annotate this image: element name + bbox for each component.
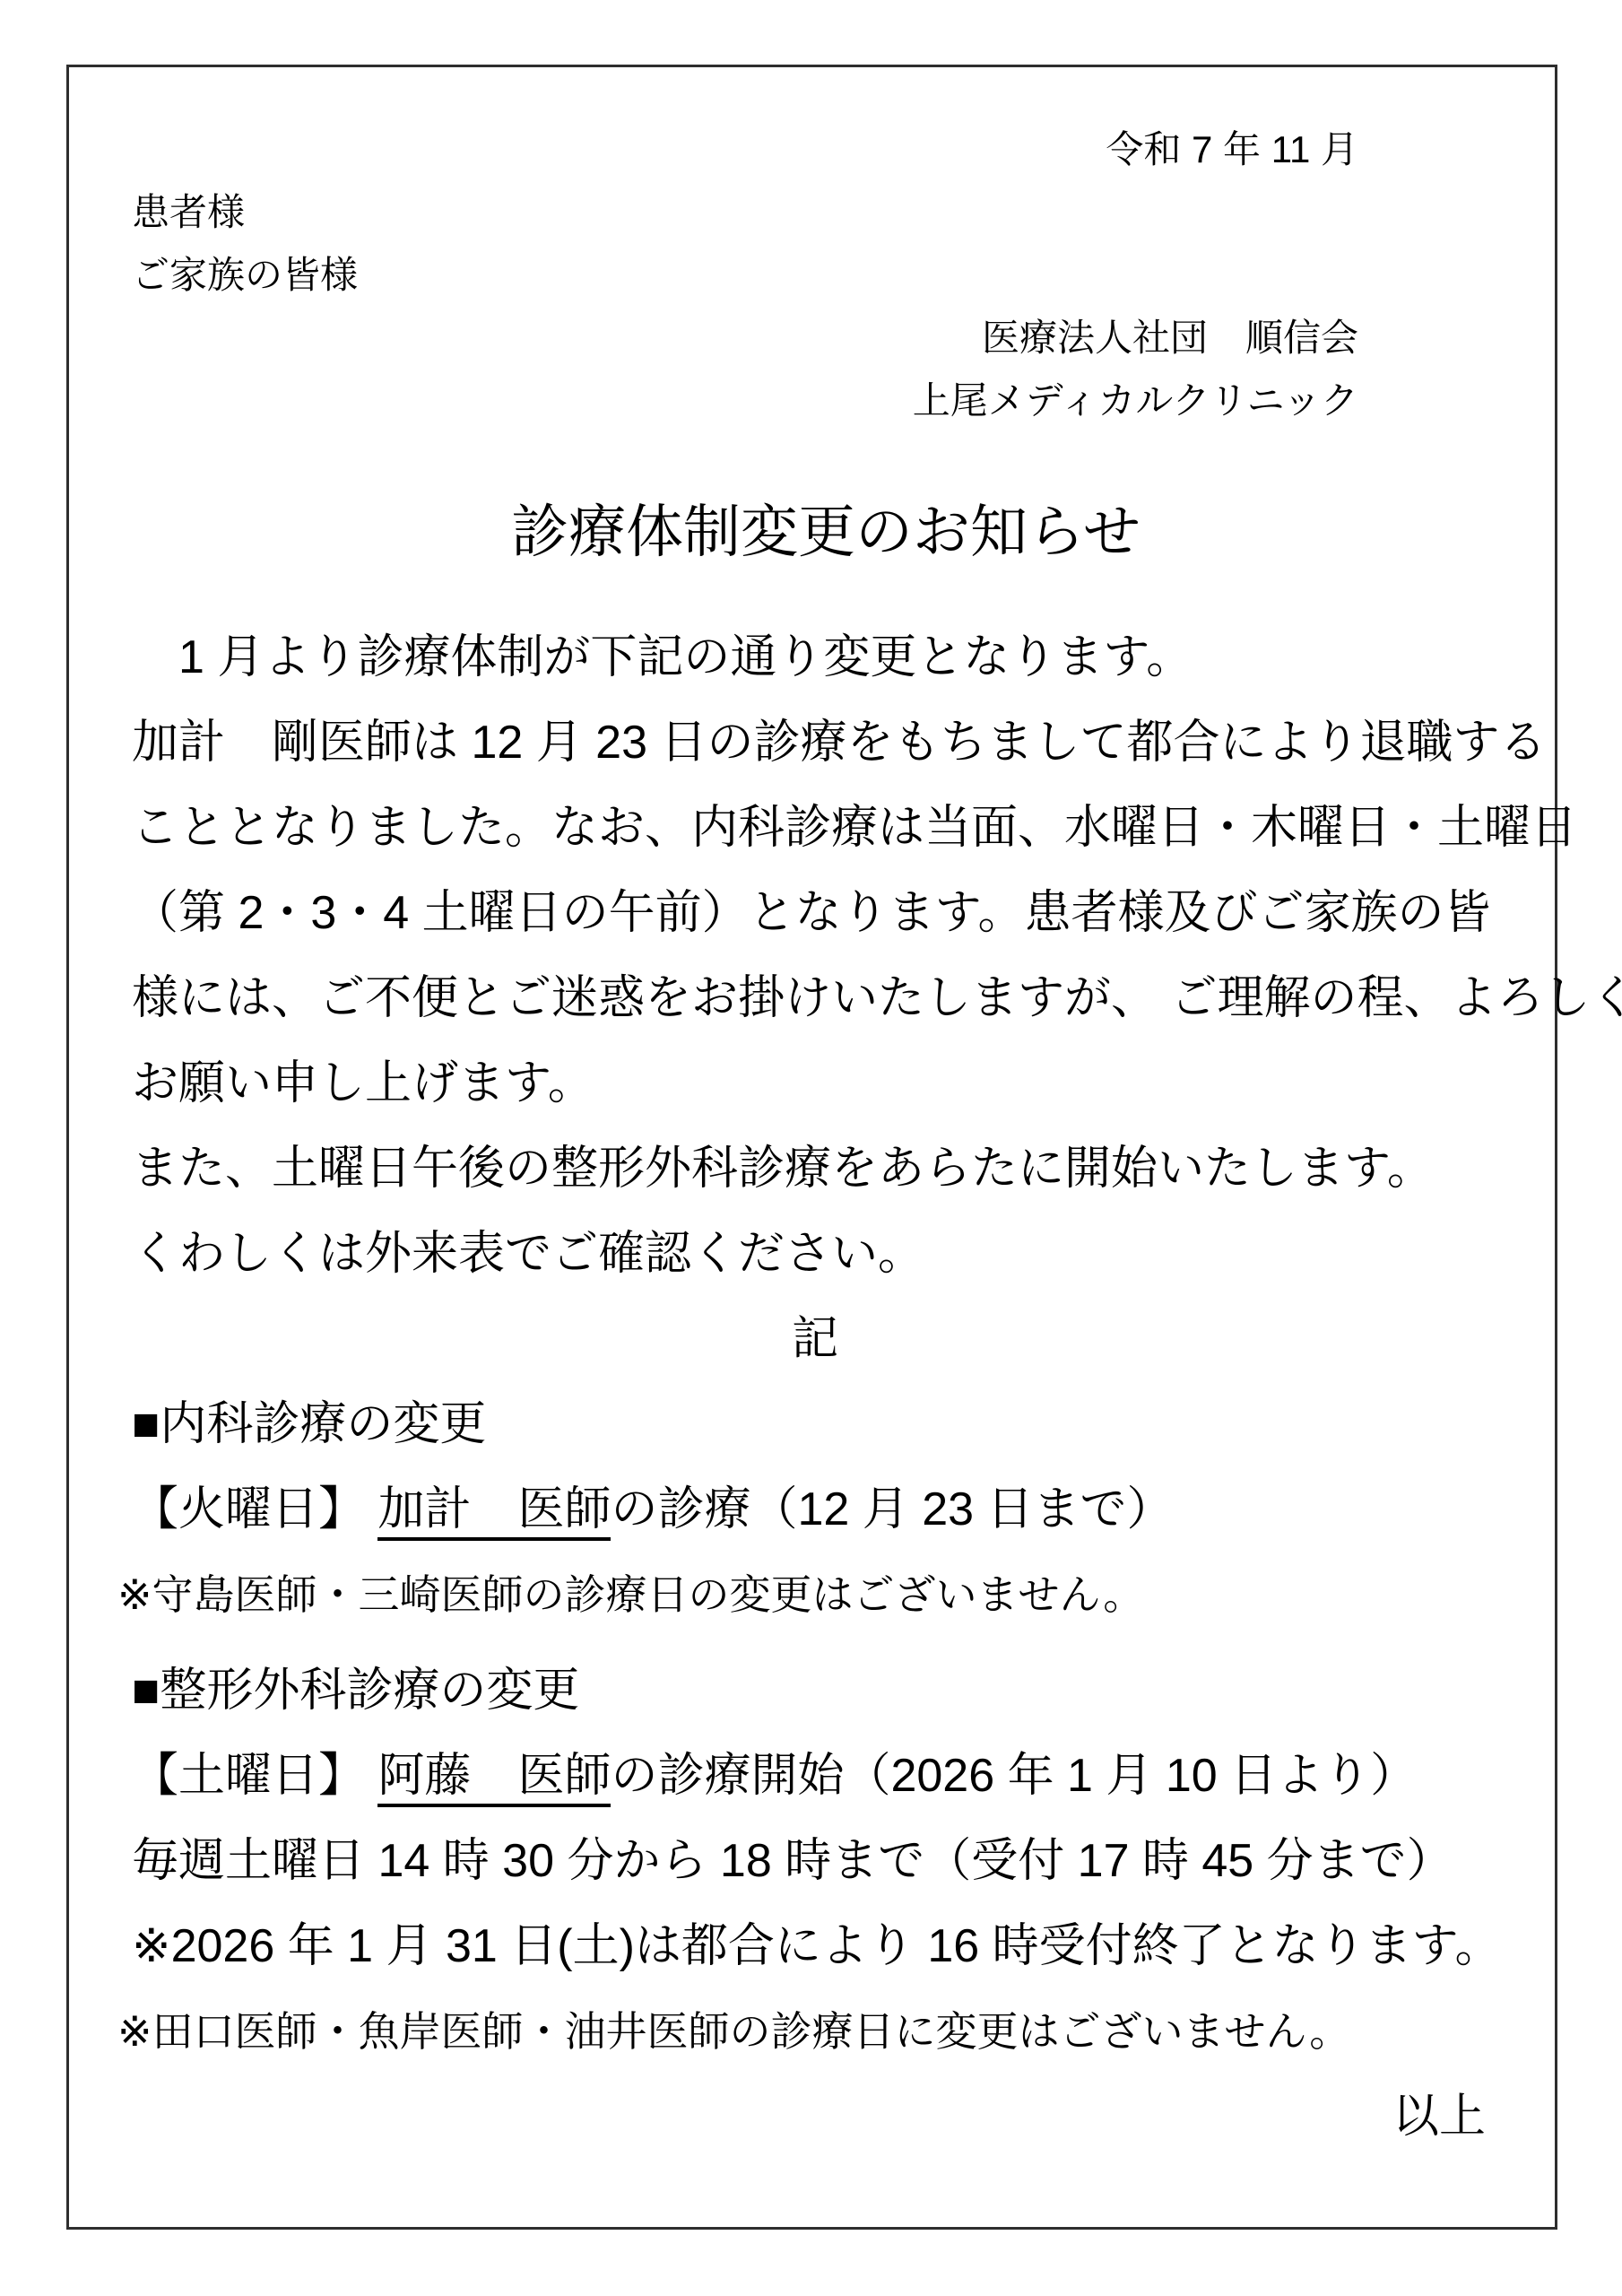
intro-line-8: くわしくは外来表でご確認ください。 — [132, 1212, 1498, 1297]
intro-line-5: 様には、ご不便とご迷惑をお掛けいたしますが、 ご理解の程、よろしく — [132, 956, 1498, 1041]
closing-ijo: 以上 — [132, 2074, 1498, 2160]
section-ortho-heading: ■整形外科診療の変更 — [132, 1648, 1498, 1734]
ortho-schedule-detail: の診療開始（2026 年 1 月 10 日より） — [611, 1750, 1417, 1802]
intro-line-4: （第 2・3・4 土曜日の午前）となります。患者様及びご家族の皆 — [132, 871, 1498, 956]
section-ortho-note-other-doctors: ※田口医師・魚岸医師・油井医師の診療日に変更はございません。 — [117, 1989, 1498, 2074]
section-internal-note: ※守島医師・三崎医師の診療日の変更はございません。 — [117, 1552, 1498, 1638]
section-internal-heading: ■内科診療の変更 — [132, 1382, 1498, 1467]
section-internal-schedule: 【火曜日】 加計 医師の診療（12 月 23 日まで） — [132, 1467, 1498, 1552]
document-title: 診療体制変更のお知らせ — [132, 491, 1498, 572]
clinic-name: 上尾メディカルクリニック — [132, 370, 1498, 432]
recipient-family: ご家族の皆様 — [132, 244, 1498, 307]
section-ortho-note-closing-time: ※2026 年 1 月 31 日(土)は都合により 16 時受付終了となります。 — [132, 1904, 1498, 1989]
recipient-patients: 患者様 — [132, 181, 1498, 244]
section-ortho-hours: 毎週土曜日 14 時 30 分から 18 時まで（受付 17 時 45 分まで） — [132, 1819, 1498, 1904]
intro-line-3: こととなりました。なお、内科診療は当面、水曜日・木曜日・土曜日 — [132, 786, 1498, 871]
intro-line-6: お願い申し上げます。 — [132, 1041, 1498, 1126]
section-ortho-schedule: 【土曜日】 阿藤 医師の診療開始（2026 年 1 月 10 日より） — [132, 1734, 1498, 1819]
page-border: 令和 7 年 11 月 患者様 ご家族の皆様 医療法人社団 順信会 上尾メディカ… — [66, 65, 1557, 2230]
ki-marker: 記 — [132, 1297, 1498, 1382]
intro-line-1: 1 月より診療体制が下記の通り変更となります。 — [132, 615, 1498, 700]
underlined-doctor-ato: 阿藤 医師 — [377, 1750, 611, 1807]
date-line: 令和 7 年 11 月 — [132, 118, 1498, 181]
underlined-doctor-kake: 加計 医師 — [377, 1483, 611, 1541]
page-content: 令和 7 年 11 月 患者様 ご家族の皆様 医療法人社団 順信会 上尾メディカ… — [69, 67, 1555, 2227]
intro-line-2: 加計 剛医師は 12 月 23 日の診療をもちまして都合により退職する — [132, 700, 1498, 786]
internal-day-label: 【火曜日】 — [132, 1483, 377, 1535]
ortho-day-label: 【土曜日】 — [132, 1750, 377, 1802]
document-page: 令和 7 年 11 月 患者様 ご家族の皆様 医療法人社団 順信会 上尾メディカ… — [0, 0, 1622, 2296]
intro-line-7: また、土曜日午後の整形外科診療をあらたに開始いたします。 — [132, 1126, 1498, 1212]
org-name: 医療法人社団 順信会 — [132, 307, 1498, 370]
internal-schedule-detail: の診療（12 月 23 日まで） — [611, 1483, 1173, 1535]
